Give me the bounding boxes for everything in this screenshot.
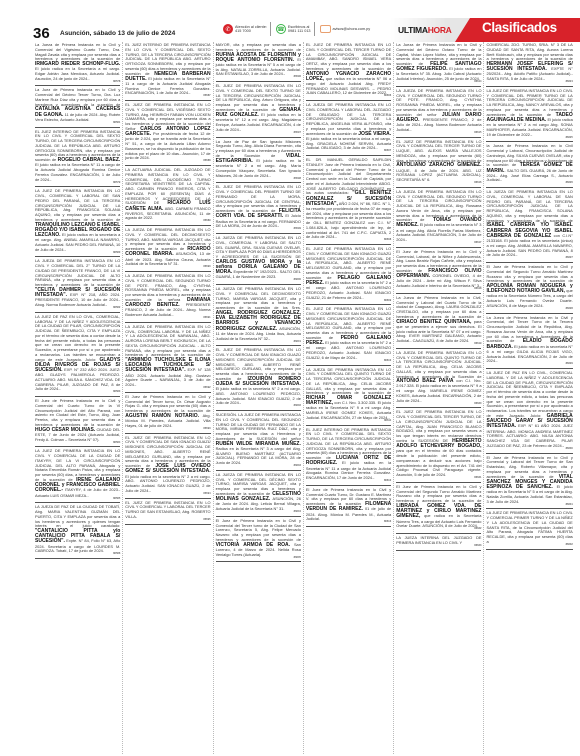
notice-code: 86617 <box>474 241 481 246</box>
notice-code: 86614 <box>474 80 481 85</box>
legal-notice: La Jueza de Primera Instancia en lo Civi… <box>396 42 481 87</box>
notice-code: 86605 <box>294 556 301 561</box>
notice-code: 86582 <box>113 306 120 311</box>
notice-details: LUQUE, 8 de Julio de 2024. ABG. LIZ ROSS… <box>396 168 481 183</box>
legal-notice: El Juez de Primera Instancia en lo Civil… <box>486 455 572 510</box>
contact-bar: ✆ Atención al cliente:415 7000 ☎ Escribi… <box>220 22 373 36</box>
legal-notice: LA JUEZA DE PRIMERA INSTANCIA EN LO CIVI… <box>125 324 210 393</box>
legal-notice: LA JUEZA DE PRIMERA INSTANCIA EN LO CIVI… <box>35 258 120 312</box>
legal-notice: COMERCIAL 2DO. TURNO, SRIA. N° 3 DE LA C… <box>486 42 572 87</box>
notice-body: El Juez de Primera Instancia en lo Civil… <box>216 518 301 542</box>
legal-notice: La Juez de Primera Instancia en lo Civil… <box>35 87 120 127</box>
notice-details: Por providencia de fecha 12 de junio de … <box>125 131 210 160</box>
notice-body: LA JUEZ DE PRIMERA INSTANCIA EN LO CIVIL… <box>486 510 572 544</box>
notice-code: 86590 <box>203 265 210 270</box>
legal-notice: El Juez de Primera Instancia en lo Civil… <box>125 394 210 434</box>
legal-notice: El Juez de Primera Instancia en lo Civil… <box>216 518 301 562</box>
notice-code: 86604 <box>294 510 301 515</box>
notice-code: 86607 <box>384 149 391 154</box>
notice-code: 86631 <box>566 503 573 508</box>
legal-notice: LA JUEZA DE PRIMERA INSTANCIA EN LO CIVI… <box>125 273 210 323</box>
column-1: La Jueza de Primera Instancia en lo Civi… <box>33 42 123 754</box>
legal-notice: EL JUEZ DE PRIMERA INSTANCIA EN LO CIVIL… <box>216 184 301 234</box>
notice-body: EL JUEZ DE PRIMERA INSTANCIA EN LO CIVIL… <box>125 500 210 519</box>
notice-code: 86621 <box>474 476 481 481</box>
legal-notice: EL JUEZ DE PRIMERA INSTANCIA EN LO CIVIL… <box>216 83 301 137</box>
legal-notice: LA ACTUARIA JUDICIAL DEL JUZGADO DE PRIM… <box>125 167 210 226</box>
legal-notice: EL JUEZ INTERINO DE PRIMERA INSTANCIA EN… <box>125 42 210 101</box>
notice-code: 86594 <box>203 492 210 497</box>
column-4: EL JUEZ DE PRIMERA INSTANCIA EN LO CIVIL… <box>304 42 394 754</box>
notice-body: La Juez de Primera Instancia en lo Civil… <box>35 87 120 106</box>
notice-code: 86627 <box>566 256 573 261</box>
notice-code: 86586 <box>113 552 120 557</box>
notice-details: para que en el término de 60 días contad… <box>396 448 481 477</box>
notice-code: 86579 <box>113 181 120 186</box>
notice-code: 86619 <box>474 342 481 347</box>
legal-notice: LA JUEZ DE PRIMERA INSTANCIA EN LO CIVIL… <box>35 448 120 503</box>
legal-notice: LA JUEZA DE PRIMERA INSTANCIA EN LO CIVI… <box>396 350 481 409</box>
notice-body: El Juez de Primera Instancia en lo Civil… <box>396 484 481 503</box>
notice-code: 86593 <box>203 427 210 432</box>
legal-notice: El Juez de Primera Instancia en lo Civil… <box>396 249 481 294</box>
contact-whatsapp-label: Escribinos al <box>288 25 310 29</box>
notice-code: 86610 <box>384 359 391 364</box>
legal-notice: EL JUEZ DE PRIMERA INSTANCIA EN LO CIVIL… <box>125 435 210 499</box>
notice-body: La Jueza de Primera Instancia en lo Civi… <box>396 295 481 319</box>
page-header: 36 Asunción, sábado 13 de julio de 2024 … <box>0 0 580 40</box>
page-date: Asunción, sábado 13 de julio de 2024 <box>60 30 175 37</box>
classifieds-columns: La Jueza de Primera Instancia en lo Civi… <box>33 42 575 754</box>
notice-body: LA JUEZA DE PRIMERA INSTANCIA EN LO CIVI… <box>306 367 391 396</box>
notice-body: LA JUEZ DE PAZ EN LO CIVIL, COMERCIAL LA… <box>486 370 572 418</box>
notice-code: 86622 <box>474 527 481 532</box>
legal-notice: EL JUEZ DE PRIMERA INSTANCIA EN LO CIVIL… <box>306 42 391 101</box>
legal-notice: LA JUEZA DE PRIMERA INSTANCIA EN LO CIVI… <box>125 227 210 272</box>
brand-suffix: HORA <box>428 25 452 35</box>
notice-code: 86585 <box>113 497 120 502</box>
contact-whatsapp[interactable]: ☎ Escribinos al0981 111 013 <box>273 22 315 36</box>
notice-code: 86616 <box>474 181 481 186</box>
contact-whatsapp-value: 0981 111 013 <box>288 29 311 33</box>
notice-code: 86587 <box>203 94 210 99</box>
notice-body: LA JUEZA DE PRIMERA INSTANCIA EN LO CIVI… <box>216 286 301 310</box>
notice-code: 86588 <box>203 159 210 164</box>
notice-details: AÑO 2.024, N° 66, SEC. N° 1, ha resuelto… <box>306 201 391 240</box>
legal-notice: MAYOR, cita y emplaza por sesenta días a… <box>216 42 301 82</box>
notice-details: El juicio radica en la secretaría N° 2 a… <box>125 474 210 493</box>
legal-notice: La Jueza de Primera Instancia en lo Civi… <box>35 42 120 86</box>
notice-body: EL JUEZ DE PRIMERA INSTANCIA EN LO CIVIL… <box>306 42 391 71</box>
column-6: COMERCIAL 2DO. TURNO, SRIA. N° 3 DE LA C… <box>484 42 574 754</box>
legal-notice: EL JUEZ INTERINO DE PRIMERA INSTANCIA EN… <box>35 129 120 188</box>
notice-code: 86581 <box>113 121 120 126</box>
legal-notice: LA JUEZA DE PRIMERA INSTANCIA EN LO CIVI… <box>216 286 301 346</box>
legal-notice: EL JUEZ INTERINO DE PRIMERA INSTANCIA EN… <box>306 427 391 486</box>
contact-phone-label: Atención al cliente: <box>235 25 267 29</box>
legal-notice: El Juez de Primera Instancia en lo Civil… <box>35 398 120 447</box>
legal-notice: LA JUEZ DE PRIMERA INSTANCIA EN LO CIVIL… <box>35 188 120 257</box>
notice-details: El juicio radica en la Secretaría a mi c… <box>35 66 120 81</box>
notice-code: 86592 <box>203 386 210 391</box>
notice-code: 86609 <box>384 299 391 304</box>
legal-notice: LA JUEZA DE PRIMERA INSTANCIA EN LO CIVI… <box>396 189 481 248</box>
notice-code: 86626 <box>566 181 573 186</box>
notice-details: El juicio radica en la secretaría N° 2 a… <box>216 386 301 405</box>
whatsapp-icon: ☎ <box>276 24 286 34</box>
column-2: EL JUEZ INTERINO DE PRIMERA INSTANCIA EN… <box>123 42 213 754</box>
mail-icon <box>320 25 331 33</box>
column-5: La Jueza de Primera Instancia en lo Civi… <box>394 42 484 754</box>
section-title: Clasificados <box>482 20 557 35</box>
notice-code: 86623 <box>474 544 481 549</box>
contact-email[interactable]: avisos@uhora.com.py <box>317 22 374 36</box>
notice-code: 86615 <box>474 131 481 136</box>
contact-phone[interactable]: ✆ Atención al cliente:415 7000 <box>220 22 271 36</box>
legal-notice: La Juez de Paz de San Ignacio Misiones S… <box>216 139 301 184</box>
legal-notice: LA JUEZA DE PRIMERA INSTANCIA EN LO CIVI… <box>396 88 481 138</box>
legal-notice: EL JUEZ DE PRIMERA INSTANCIA EN LO CIVIL… <box>306 306 391 365</box>
phone-icon: ✆ <box>223 24 233 34</box>
notice-code: 86589 <box>203 219 210 224</box>
notice-body: LA JUEZA DE PRIMERA INSTANCIA EN LO CIVI… <box>125 324 210 358</box>
notice-code: 86599 <box>294 227 301 232</box>
legal-notice: LA JUEZ DE PRIMERA INSTANCIA EN LO CIVIL… <box>486 88 572 142</box>
notice-code: 86580 <box>113 251 120 256</box>
legal-notice: SUCESIÓN. LA JUEZ DE PRIMERA INSTANCIA E… <box>216 412 301 471</box>
notice-body: El Juez de Primera Instancia en lo Civil… <box>35 398 120 427</box>
legal-notice: El Juez de Primera Instancia en lo Civil… <box>306 487 391 527</box>
notice-body: COMERCIAL 2DO. TURNO, SRIA. N° 3 DE LA C… <box>486 42 572 61</box>
notice-code: 86625 <box>566 136 573 141</box>
legal-notice: EL JUEZ DE PRIMERA INSTANCIA EN LO CIVIL… <box>125 102 210 166</box>
legal-notice: EL JUEZ DE PRIMERA INSTANCIA EN LO CIVIL… <box>396 409 481 482</box>
notice-body: SUCESIÓN. LA JUEZ DE PRIMERA INSTANCIA E… <box>216 412 301 441</box>
legal-notice: El Juez de Primera Instancia en lo Civil… <box>396 484 481 534</box>
page-number: 36 <box>33 25 50 42</box>
notice-code: 86578 <box>113 80 120 85</box>
legal-notice: LA JUEZA DE PRIMERA INSTANCIA EN LO CIVI… <box>216 235 301 285</box>
notice-details: El juicio radica en la Secretaría N° 11 … <box>35 162 120 181</box>
notice-code: 86603 <box>294 464 301 469</box>
contact-email-label: avisos@uhora.com.py <box>333 27 371 31</box>
legal-notice: EL JUEZ DE PRIMERA INSTANCIA EN LO CIVIL… <box>396 139 481 188</box>
notice-code: 86632 <box>566 543 573 548</box>
notice-code: 86611 <box>384 419 391 424</box>
notice-code: 86596 <box>294 75 301 80</box>
legal-notice: LA JUEZA DE PRIMERA INSTANCIA EN LO CIVI… <box>306 102 391 156</box>
legal-notice: la Jueza de Primera Instancia en lo Civi… <box>486 143 572 188</box>
notice-code: 86591 <box>203 316 210 321</box>
notice-code: 86620 <box>474 402 481 407</box>
notice-body: LA JUEZA DE PRIMERA INSTANCIA EN LO CIVI… <box>216 235 301 259</box>
notice-code: 86602 <box>294 404 301 409</box>
brand-logo: ULTIMAHORA <box>398 25 452 35</box>
notice-body: El Juez de Primera Instancia en lo Civil… <box>125 394 210 413</box>
notice-details: Radica en la Secretaría N° 3 a cargo del… <box>216 446 301 465</box>
notice-code: 86608 <box>384 238 391 243</box>
notice-code: 86606 <box>384 94 391 99</box>
notice-code: 86600 <box>294 278 301 283</box>
notice-code: 86583 <box>113 390 120 395</box>
notice-code: 86612 <box>384 479 391 484</box>
notice-code: 86624 <box>566 80 573 85</box>
notice-body: EL JUEZ DE PRIMERA INSTANCIA EN LO CIVIL… <box>396 139 481 163</box>
legal-notice: La Jueza de Primera Instancia en lo Civi… <box>396 295 481 349</box>
legal-notice: LA JUEZA DE PRIMERA INSTANCIA EN LO CIVI… <box>306 367 391 426</box>
legal-notice: LA JUEZ DE PRIMERA INSTANCIA EN LO CIVIL… <box>486 510 572 550</box>
notice-code: 86629 <box>566 362 573 367</box>
notice-code: 86628 <box>566 307 573 312</box>
legal-notice: EL JUEZ DE PRIMERA INSTANCIA EN LO CIVIL… <box>125 500 210 525</box>
notice-code: 86598 <box>294 177 301 182</box>
notice-body: La Jueza de Primera Instancia en lo Civi… <box>35 42 120 61</box>
notice-body: El Juez de Primera Instancia en lo Civil… <box>486 264 572 283</box>
column-3: MAYOR, cita y emplaza por sesenta días a… <box>214 42 304 754</box>
notice-body: LA JUEZA DE PRIMERA INSTANCIA EN LO CIVI… <box>35 258 120 287</box>
legal-notice: La Jueza de Primera Instancia en lo Civi… <box>486 315 572 369</box>
legal-notice: LA JUEZ DE PAZ EN LO CIVIL, COMERCIAL LA… <box>486 370 572 453</box>
notice-code: 86630 <box>566 447 573 452</box>
notice-body: LA JUEZA DE PAZ DE LA CIUDAD DE TOBATÍ, … <box>35 504 120 528</box>
notice-code: 86595 <box>203 518 210 523</box>
contact-phone-value: 415 7000 <box>235 29 251 33</box>
legal-notice: LA JUEZ DE PAZ EN LO CIVIL, COMERCIAL, L… <box>35 314 120 397</box>
notice-body: MAYOR, cita y emplaza por sesenta días a… <box>216 42 301 52</box>
notice-code: 86613 <box>384 520 391 525</box>
brand-prefix: ULTIMA <box>398 25 428 35</box>
notice-body: LA JUEZ DE PAZ EN LO CIVIL, COMERCIAL, L… <box>35 314 120 362</box>
notice-body: LA JUEZA INTERINA DEL JUZGADO DE PRIMERA… <box>396 535 481 545</box>
notice-details: El juicio radica en la secretaría única … <box>306 136 391 151</box>
notice-code: 86601 <box>294 340 301 345</box>
legal-notice: EL DR. MANUEL GERALDO SAIFILDIN STANLEY … <box>306 157 391 245</box>
legal-notice: EL JUEZ DE PRIMERA INSTANCIA EN LO CIVIL… <box>306 246 391 305</box>
legal-notice: LA JUEZA DE PRIMERA INSTANCIA EN LO CIVI… <box>486 189 572 263</box>
notice-code: 86584 <box>113 441 120 446</box>
legal-notice: El Juez de Primera Instancia en lo Civil… <box>486 264 572 314</box>
notice-body: LA JUEZA DE PRIMERA INSTANCIA EN LO CIVI… <box>486 189 572 223</box>
legal-notice: LA JUEZA DE PAZ DE LA CIUDAD DE TOBATÍ, … <box>35 504 120 559</box>
legal-notice: LA JUEZA DE PRIMERA INSTANCIA EN LO CIVI… <box>216 472 301 517</box>
notice-body: LA JUEZA DE PRIMERA INSTANCIA EN LO CIVI… <box>396 350 481 379</box>
notice-body: LA JUEZ DE PRIMERA INSTANCIA EN LO CIVIL… <box>35 188 120 222</box>
legal-notice: EL JUEZ DE PRIMERA INSTANCIA EN LO CIVIL… <box>216 347 301 411</box>
notice-code: 86597 <box>294 131 301 136</box>
notice-code: 86618 <box>474 287 481 292</box>
legal-notice: LA JUEZA INTERINA DEL JUZGADO DE PRIMERA… <box>396 535 481 551</box>
